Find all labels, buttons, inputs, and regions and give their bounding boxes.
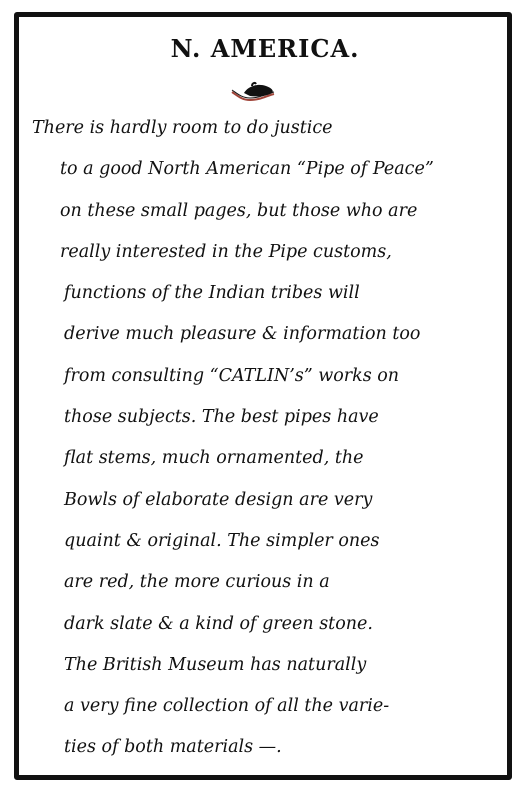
text-line: derive much pleasure & information too bbox=[30, 314, 490, 355]
page-title: N. AMERICA. bbox=[0, 34, 530, 63]
text-line: from consulting “CATLIN’s” works on bbox=[30, 356, 490, 397]
text-line: ties of both materials —. bbox=[30, 727, 490, 768]
text-line: quaint & original. The simpler ones bbox=[30, 521, 490, 562]
text-line: flat stems, much ornamented, the bbox=[30, 438, 490, 479]
text-line: on these small pages, but those who are bbox=[30, 191, 490, 232]
pipe-ornament-icon bbox=[228, 80, 278, 106]
handwritten-passage: There is hardly room to do justice to a … bbox=[30, 108, 490, 769]
text-line: There is hardly room to do justice bbox=[30, 108, 490, 149]
text-line: to a good North American “Pipe of Peace” bbox=[30, 149, 490, 190]
text-line: functions of the Indian tribes will bbox=[30, 273, 490, 314]
text-line: The British Museum has naturally bbox=[30, 645, 490, 686]
text-line: Bowls of elaborate design are very bbox=[30, 480, 490, 521]
text-line: those subjects. The best pipes have bbox=[30, 397, 490, 438]
text-line: really interested in the Pipe customs, bbox=[30, 232, 490, 273]
text-line: dark slate & a kind of green stone. bbox=[30, 604, 490, 645]
text-line: a very fine collection of all the varie- bbox=[30, 686, 490, 727]
text-line: are red, the more curious in a bbox=[30, 562, 490, 603]
